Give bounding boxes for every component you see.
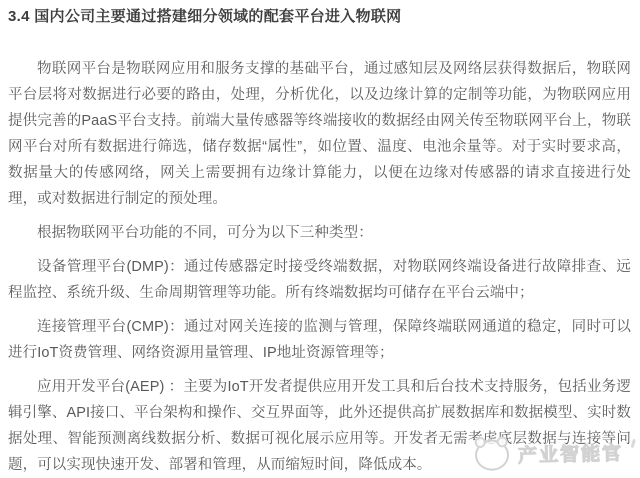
paragraph-iot-platform-intro: 物联网平台是物联网应用和服务支撑的基础平台，通过感知层及网络层获得数据后，物联网… xyxy=(8,56,631,212)
paragraph-cmp: 连接管理平台(CMP)：通过对网关连接的监测与管理，保障终端联网通道的稳定，同时… xyxy=(8,314,631,366)
paragraph-aep: 应用开发平台(AEP) ：主要为IoT开发者提供应用开发工具和后台技术支持服务，… xyxy=(8,374,631,478)
paragraph-dmp: 设备管理平台(DMP)：通过传感器定时接受终端数据，对物联网终端设备进行故障排查… xyxy=(8,254,631,306)
article-page: 3.4 国内公司主要通过搭建细分领域的配套平台进入物联网 物联网平台是物联网应用… xyxy=(0,0,640,478)
section-heading: 3.4 国内公司主要通过搭建细分领域的配套平台进入物联网 xyxy=(8,6,631,28)
paragraph-platform-types-intro: 根据物联网平台功能的不同，可分为以下三种类型： xyxy=(8,220,631,246)
